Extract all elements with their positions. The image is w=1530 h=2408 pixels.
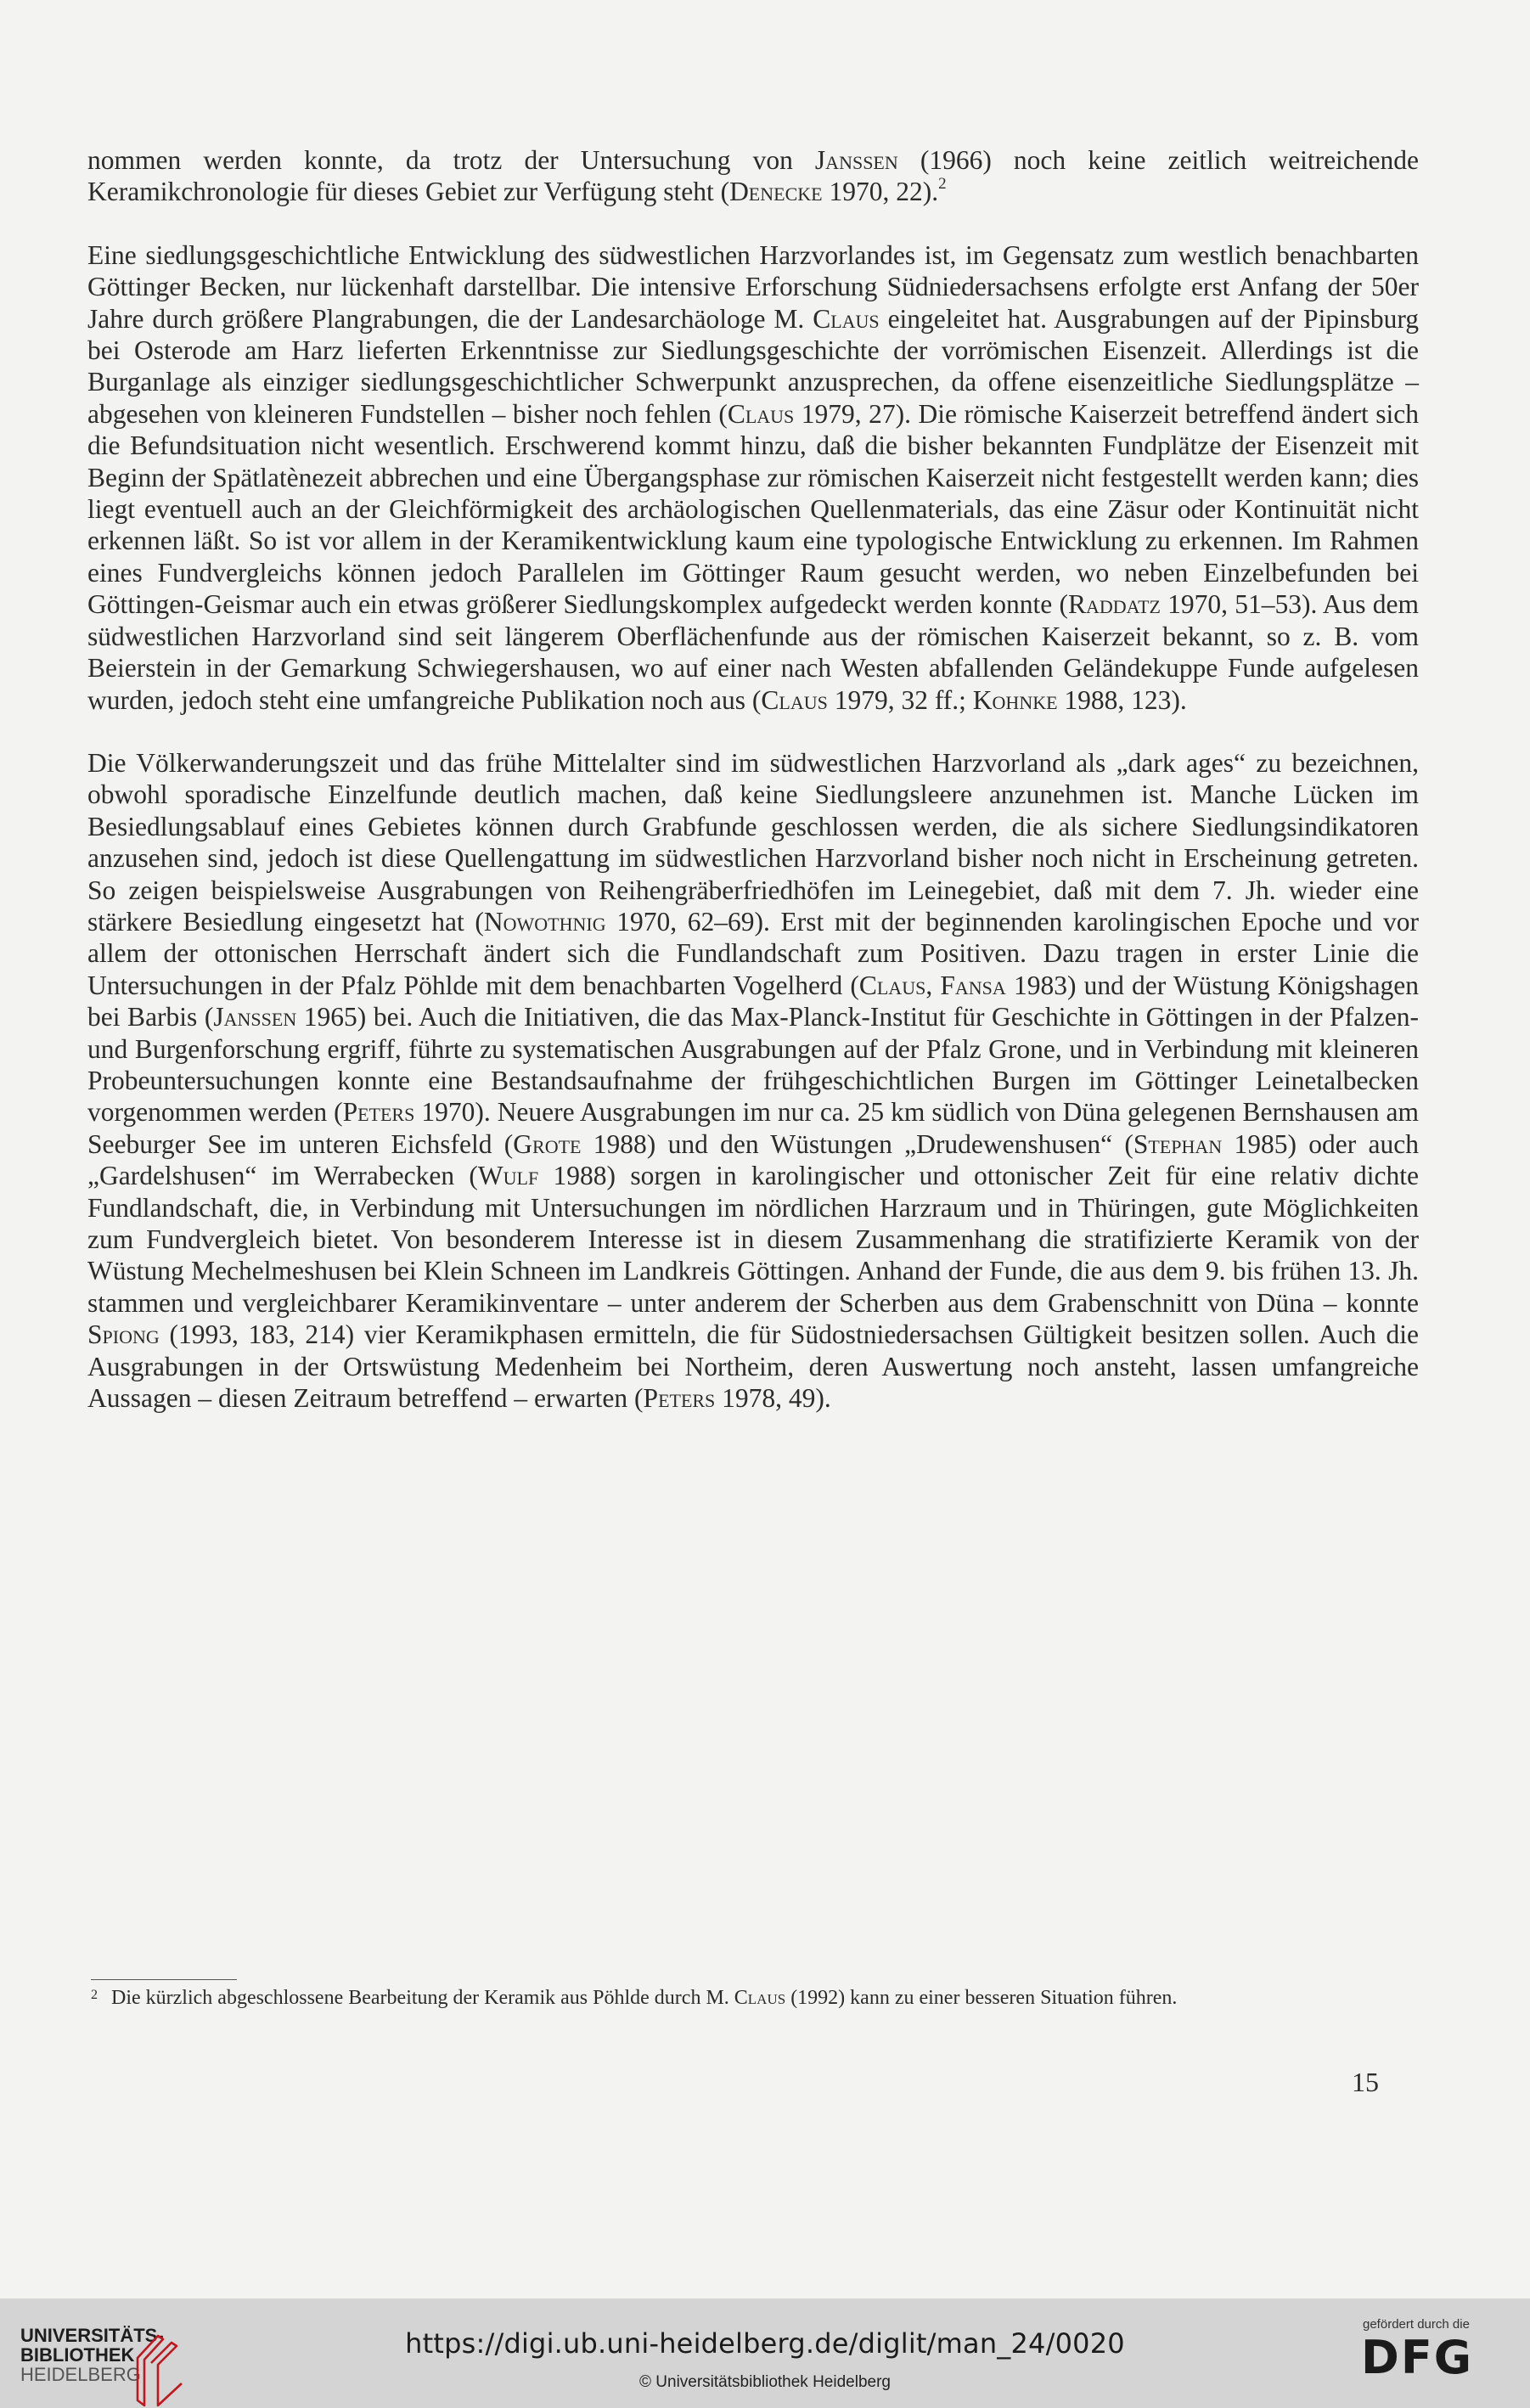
author-citation: Grote [513, 1129, 581, 1159]
author-citation: Claus [728, 399, 794, 429]
author-citation: Wulf [478, 1161, 538, 1190]
permalink-url[interactable]: https://digi.ub.uni-heidelberg.de/diglit… [0, 2327, 1530, 2360]
author-citation: Stephan [1133, 1129, 1222, 1159]
copyright-notice: © Universitätsbibliothek Heidelberg [0, 2373, 1530, 2392]
author-citation: Spiong [87, 1319, 160, 1349]
paragraph: nommen werden konnte, da trotz der Unter… [87, 144, 1419, 208]
sponsor-caption: gefördert durch die [1363, 2317, 1470, 2332]
author-citation: Janssen [213, 1002, 296, 1032]
author-citation: Claus [734, 1987, 785, 2009]
author-citation: Janssen [815, 145, 898, 175]
footnote-number: 2 [91, 1982, 98, 2008]
author-citation: Claus, Fansa [859, 971, 1006, 1000]
author-citation: Peters [644, 1383, 716, 1413]
author-citation: Kohnke [973, 685, 1058, 715]
footnote-ref[interactable]: 2 [938, 175, 947, 193]
author-citation: Raddatz [1068, 589, 1161, 619]
page-number: 15 [1352, 2067, 1379, 2098]
author-citation: Denecke [729, 177, 823, 206]
author-citation: Peters [343, 1097, 415, 1127]
scanned-page: nommen werden konnte, da trotz der Unter… [0, 0, 1530, 2293]
footnote: 2 Die kürzlich abgeschlossene Bearbeitun… [91, 1985, 1415, 2011]
body-text: nommen werden konnte, da trotz der Unter… [87, 144, 1419, 1414]
author-citation: Nowothnig [484, 907, 606, 937]
dfg-logo[interactable]: DFG [1361, 2334, 1473, 2382]
footnote-text: Die kürzlich abgeschlossene Bearbeitung … [111, 1985, 1415, 2011]
paragraph: Eine siedlungsgeschichtliche Entwicklung… [87, 239, 1419, 716]
paragraph: Die Völkerwanderungszeit und das frühe M… [87, 747, 1419, 1415]
footer-banner: UNIVERSITÄTS- BIBLIOTHEK HEIDELBERG http… [0, 2298, 1530, 2408]
author-citation: Claus [813, 304, 879, 334]
author-citation: Claus [761, 685, 827, 715]
footnote-divider [91, 1979, 237, 1980]
